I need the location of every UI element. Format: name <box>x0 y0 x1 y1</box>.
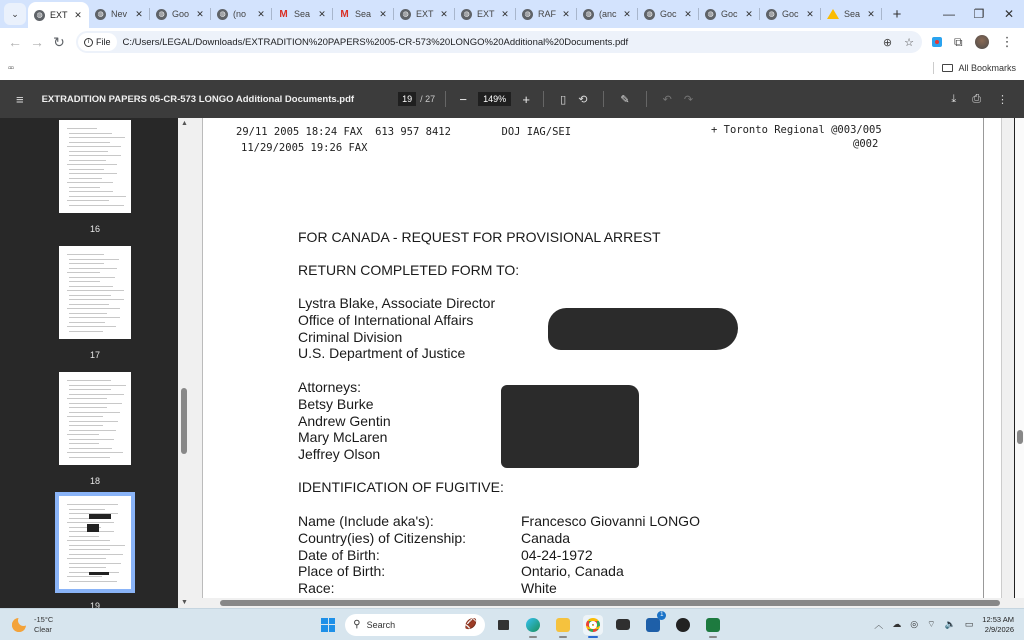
onedrive-icon[interactable]: ☁ <box>892 619 901 630</box>
obs-app[interactable] <box>673 615 693 635</box>
download-icon[interactable]: ⤓ <box>951 93 956 106</box>
all-bookmarks-label: All Bookmarks <box>958 63 1016 73</box>
thumbnail-page-number: 18 <box>59 476 131 486</box>
tab-title: EXT <box>50 10 73 20</box>
tab-title: Goc <box>660 9 683 19</box>
close-tab-icon[interactable]: ✕ <box>195 9 205 20</box>
globe-icon: ◍ <box>95 9 106 20</box>
gmail-icon: M <box>339 9 350 20</box>
field-label: Date of Birth: <box>298 547 380 564</box>
browser-tab[interactable]: ◍EXT✕ <box>394 0 455 28</box>
new-tab-button[interactable]: + <box>886 6 908 23</box>
globe-icon: ◍ <box>766 9 777 20</box>
browser-menu-icon[interactable]: ⋮ <box>1001 34 1014 50</box>
field-label: Name (Include aka's): <box>298 513 434 530</box>
field-label: Country(ies) of Citizenship: <box>298 530 466 547</box>
browser-toolbar: ← → ↻ i File C:/Users/LEGAL/Downloads/EX… <box>0 28 1024 56</box>
task-view-button[interactable] <box>493 615 513 635</box>
field-value: 04-24-1972 <box>521 547 593 564</box>
gmail-icon: M <box>278 9 289 20</box>
extensions-icon[interactable]: ⧉ <box>954 35 963 50</box>
tab-title: Nev <box>111 9 134 19</box>
close-tab-icon[interactable]: ✕ <box>73 10 83 21</box>
back-button[interactable]: ← <box>4 34 26 50</box>
globe-icon: ◍ <box>522 9 533 20</box>
close-window-button[interactable]: ✕ <box>994 7 1024 21</box>
page-thumbnail[interactable]: 19 <box>59 496 131 589</box>
annotate-pen-icon[interactable]: ✎ <box>620 93 629 106</box>
globe-icon: ◍ <box>461 9 472 20</box>
close-tab-icon[interactable]: ✕ <box>561 9 571 20</box>
browser-tab[interactable]: Sea✕ <box>821 0 882 28</box>
viewer-scroll-thumb[interactable] <box>1017 430 1023 444</box>
globe-icon: ◍ <box>400 9 411 20</box>
browser-tab[interactable]: MSea✕ <box>333 0 394 28</box>
close-tab-icon[interactable]: ✕ <box>805 9 815 20</box>
forward-button[interactable]: → <box>26 34 48 50</box>
close-tab-icon[interactable]: ✕ <box>500 9 510 20</box>
browser-tab[interactable]: ◍RAF✕ <box>516 0 577 28</box>
field-value: Canada <box>521 530 570 547</box>
close-tab-icon[interactable]: ✕ <box>683 9 693 20</box>
tabs-container: ◍EXT✕◍Nev✕◍Goo✕◍(no✕MSea✕MSea✕◍EXT✕◍EXT✕… <box>28 0 882 28</box>
redaction-block <box>501 385 639 468</box>
tab-title: Sea <box>844 9 866 19</box>
recorder-extension-icon[interactable] <box>932 37 942 47</box>
edge-app[interactable] <box>523 615 543 635</box>
globe-icon: ◍ <box>705 9 716 20</box>
battery-icon[interactable]: ▭ <box>965 619 974 630</box>
document-title: EXTRADITION PAPERS 05-CR-573 LONGO Addit… <box>42 94 354 105</box>
fax-header-line-2-right: @002 <box>853 138 878 150</box>
viewer-horizontal-scrollbar[interactable] <box>190 598 1024 608</box>
browser-tab[interactable]: ◍Goc✕ <box>638 0 699 28</box>
redo-icon[interactable]: ↷ <box>684 93 693 106</box>
clock[interactable]: 12:53 AM 2/9/2026 <box>982 615 1014 635</box>
tab-title: Goc <box>782 9 805 19</box>
close-tab-icon[interactable]: ✕ <box>256 9 266 20</box>
search-icon: ⚲ <box>353 619 360 630</box>
undo-icon[interactable]: ↶ <box>663 93 672 106</box>
browser-tab[interactable]: ◍Goc✕ <box>760 0 821 28</box>
browser-tab[interactable]: ◍Goo✕ <box>150 0 211 28</box>
close-tab-icon[interactable]: ✕ <box>317 9 327 20</box>
more-options-icon[interactable]: ⋮ <box>997 93 1008 106</box>
page-thumbnail[interactable]: 16 <box>59 120 131 213</box>
globe-icon: ◍ <box>583 9 594 20</box>
minimize-button[interactable]: — <box>934 7 964 21</box>
windows-taskbar: -15°C Clear ⚲ Search 🏈 1 ︿ ☁ ◎ ⌔ 🔈 ▭ 12:… <box>0 608 1024 640</box>
weather-desc: Clear <box>34 625 53 635</box>
field-value: White <box>521 580 557 597</box>
weather-widget[interactable]: -15°C Clear <box>12 615 53 635</box>
viewer-vertical-scrollbar[interactable] <box>1014 118 1024 598</box>
drive-icon <box>827 9 839 19</box>
tab-title: RAF <box>538 9 561 19</box>
viewer-hscroll-thumb[interactable] <box>220 600 1000 606</box>
rotate-icon[interactable]: ⟲ <box>578 93 587 106</box>
form-heading: FOR CANADA - REQUEST FOR PROVISIONAL ARR… <box>298 229 661 246</box>
terminal-app[interactable] <box>613 615 633 635</box>
globe-icon: ◍ <box>217 9 228 20</box>
maximize-button[interactable]: ❐ <box>964 7 994 21</box>
page-number-input[interactable]: 19 <box>398 92 416 106</box>
bookmark-star-icon[interactable]: ☆ <box>904 36 914 49</box>
profile-avatar[interactable] <box>975 35 989 49</box>
tab-title: Sea <box>294 9 317 19</box>
sidebar-menu-icon[interactable]: ≡ <box>16 92 24 107</box>
zoom-level-input[interactable]: 149% <box>478 92 511 106</box>
globe-icon: ◍ <box>156 9 167 20</box>
browser-tab[interactable]: MSea✕ <box>272 0 333 28</box>
excel-app[interactable] <box>703 615 723 635</box>
info-icon: i <box>84 38 93 47</box>
tab-search-button[interactable]: ⌄ <box>4 3 26 25</box>
close-tab-icon[interactable]: ✕ <box>439 9 449 20</box>
identification-label: IDENTIFICATION OF FUGITIVE: <box>298 479 504 496</box>
field-label: Place of Birth: <box>298 563 385 580</box>
folder-icon <box>942 64 953 72</box>
system-tray: ︿ ☁ ◎ ⌔ 🔈 ▭ 12:53 AM 2/9/2026 <box>874 615 1014 635</box>
close-tab-icon[interactable]: ✕ <box>378 9 388 20</box>
close-tab-icon[interactable]: ✕ <box>622 9 632 20</box>
print-icon[interactable]: ⎙ <box>972 93 981 106</box>
zoom-out-button[interactable]: − <box>456 92 470 107</box>
tab-title: Sea <box>355 9 378 19</box>
wifi-icon[interactable]: ⌔ <box>927 619 935 630</box>
url-text[interactable]: C:/Users/LEGAL/Downloads/EXTRADITION%20P… <box>123 37 629 48</box>
volume-icon[interactable]: 🔈 <box>945 619 956 630</box>
browser-tab[interactable]: ◍(no✕ <box>211 0 272 28</box>
close-tab-icon[interactable]: ✕ <box>134 9 144 20</box>
field-label: Race: <box>298 580 335 597</box>
tab-title: (no <box>233 9 256 19</box>
return-address: Lystra Blake, Associate Director Office … <box>298 295 495 362</box>
apps-grid-icon[interactable]: ▫▫ <box>8 63 13 74</box>
address-bar[interactable]: i File C:/Users/LEGAL/Downloads/EXTRADIT… <box>76 31 922 53</box>
start-button[interactable] <box>321 618 335 632</box>
pdf-viewer: 29/11 2005 18:24 FAX 613 957 8412 DOJ IA… <box>190 118 1024 608</box>
browser-tab[interactable]: ◍EXT✕ <box>455 0 516 28</box>
page-thumbnail[interactable]: 17 <box>59 246 131 339</box>
weather-temp: -15°C <box>34 615 53 625</box>
show-hidden-icons-chevron[interactable]: ︿ <box>874 618 883 631</box>
bookmarks-bar: ▫▫ All Bookmarks <box>0 56 1024 80</box>
meet-icon[interactable]: ◎ <box>910 619 918 630</box>
pdf-page: 29/11 2005 18:24 FAX 613 957 8412 DOJ IA… <box>202 118 1002 598</box>
tab-title: EXT <box>416 9 439 19</box>
globe-icon: ◍ <box>644 9 655 20</box>
tab-title: EXT <box>477 9 500 19</box>
fax-header-line-1-right: + Toronto Regional @003/005 <box>711 124 882 136</box>
close-tab-icon[interactable]: ✕ <box>744 9 754 20</box>
field-value: Ontario, Canada <box>521 563 624 580</box>
all-bookmarks-button[interactable]: All Bookmarks <box>933 62 1016 74</box>
field-value: Francesco Giovanni LONGO <box>521 513 700 530</box>
tab-title: Goc <box>721 9 744 19</box>
attorneys-list: Attorneys: Betsy Burke Andrew Gentin Mar… <box>298 379 391 463</box>
reload-button[interactable]: ↻ <box>48 34 70 51</box>
sidebar-scroll-thumb[interactable] <box>181 388 187 454</box>
globe-icon: ◍ <box>34 10 45 21</box>
chrome-app[interactable] <box>583 615 603 635</box>
tab-title: Goo <box>172 9 195 19</box>
redaction-block <box>548 308 738 350</box>
scroll-up-arrow[interactable]: ▲ <box>181 120 188 127</box>
scroll-down-arrow[interactable]: ▼ <box>181 599 188 606</box>
fax-header-line-2: 11/29/2005 19:26 FAX <box>241 142 367 154</box>
scheme-label: File <box>96 37 111 47</box>
fit-page-icon[interactable]: ▯ <box>560 93 566 106</box>
browser-tab[interactable]: ◍Nev✕ <box>89 0 150 28</box>
page-total: / 27 <box>420 94 435 104</box>
browser-tab[interactable]: ◍Goc✕ <box>699 0 760 28</box>
thumbnail-page-number: 16 <box>59 224 131 234</box>
taskbar-search[interactable]: ⚲ Search 🏈 <box>345 614 485 636</box>
browser-tab[interactable]: ◍(anc✕ <box>577 0 638 28</box>
close-tab-icon[interactable]: ✕ <box>866 9 876 20</box>
file-explorer-app[interactable] <box>553 615 573 635</box>
search-highlight-icon: 🏈 <box>465 619 477 630</box>
page-thumbnail[interactable]: 18 <box>59 372 131 465</box>
window-controls: — ❐ ✕ <box>934 7 1024 21</box>
zoom-indicator-icon[interactable]: ⊕ <box>883 36 892 49</box>
thumbnail-page-number: 17 <box>59 350 131 360</box>
browser-tab[interactable]: ◍EXT✕ <box>28 2 89 28</box>
site-info-chip[interactable]: i File <box>78 33 117 51</box>
thumbnail-sidebar: 16171819 ▲ ▼ <box>0 118 190 608</box>
store-app[interactable]: 1 <box>643 615 663 635</box>
sidebar-scrollbar[interactable]: ▲ ▼ <box>178 118 190 608</box>
pdf-toolbar: ≡ EXTRADITION PAPERS 05-CR-573 LONGO Add… <box>0 80 1024 118</box>
tab-title: (anc <box>599 9 622 19</box>
fax-header-line-1: 29/11 2005 18:24 FAX 613 957 8412 DOJ IA… <box>236 126 571 138</box>
return-to-label: RETURN COMPLETED FORM TO: <box>298 262 519 279</box>
zoom-in-button[interactable]: + <box>519 92 533 107</box>
moon-icon <box>12 618 26 632</box>
thumbnail-page-number: 19 <box>59 601 131 608</box>
tab-strip: ⌄ ◍EXT✕◍Nev✕◍Goo✕◍(no✕MSea✕MSea✕◍EXT✕◍EX… <box>0 0 1024 28</box>
